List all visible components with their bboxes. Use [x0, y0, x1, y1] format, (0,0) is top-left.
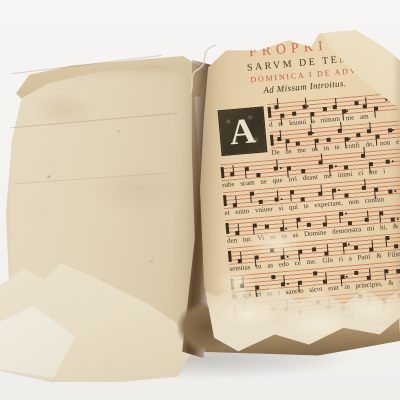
paper-damage-blotch: [250, 228, 302, 258]
decorative-initial-woodcut: A: [218, 106, 268, 156]
sewing-thread: [184, 42, 224, 96]
photo-antique-book: PROPRIVM SARVM DE TEMP DOMINICA I DE ADV…: [0, 0, 400, 400]
right-page-printed: PROPRIVM SARVM DE TEMP DOMINICA I DE ADV…: [198, 20, 400, 358]
